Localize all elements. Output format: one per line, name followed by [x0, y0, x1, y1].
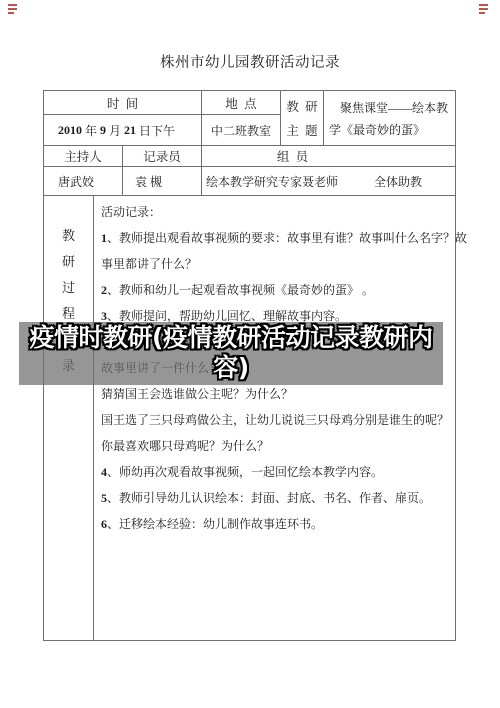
- record-line: 国王选了三只母鸡做公主，让幼儿说说三只母鸡分别是谁生的呢？: [101, 407, 455, 433]
- red-scan-mark-left: [8, 4, 17, 15]
- time-value-cell: 2010 年 9 月 21 日下午: [44, 115, 202, 146]
- document-page: 株州市幼儿园教研活动记录 时 间 2010 年 9 月 21 日下午 地 点 中…: [0, 0, 500, 708]
- time-year-label: 年: [82, 122, 100, 139]
- members-header-cell: 组 员: [202, 146, 455, 167]
- recorder-header-cell: 记录员: [123, 146, 202, 167]
- watermark-title-line1: 疫情时教研(疫情教研活动记录教研内: [19, 323, 443, 353]
- topic-value-line2: 学《最奇妙的蛋》: [329, 119, 455, 141]
- record-line: 6、迁移绘本经验：幼儿制作故事连环书。: [101, 511, 455, 537]
- record-line: 1、教师提出观看故事视频的要求：故事里有谁？故事叫什么名字？故: [101, 225, 455, 251]
- time-day-label: 日下午: [136, 122, 175, 139]
- record-line: 5、教师引导幼儿认识绘本：封面、封底、书名、作者、扉页。: [101, 485, 455, 511]
- topic-label-line2: 主 题: [286, 121, 317, 139]
- record-line: 4、师幼再次观看故事视频，一起回忆绘本教学内容。: [101, 459, 455, 485]
- process-side-label: 教 研 过 程 记 录: [44, 196, 94, 640]
- record-line: 2、教师和幼儿一起观看故事视频《最奇妙的蛋》 。: [101, 277, 455, 303]
- time-header-cell: 时 间: [44, 91, 202, 115]
- side-char: 研: [44, 249, 93, 275]
- record-line: 活动记录：: [101, 199, 455, 225]
- red-scan-mark-right: [479, 4, 488, 15]
- host-value-cell: 唐武姣: [44, 167, 123, 196]
- topic-label-line1: 教 研: [286, 97, 317, 115]
- side-char: 教: [44, 223, 93, 249]
- watermark-title-banner: 疫情时教研(疫情教研活动记录教研内 容): [19, 322, 443, 385]
- record-line: 你最喜欢哪只母鸡呢？为什么？: [101, 433, 455, 459]
- page-title: 株州市幼儿园教研活动记录: [0, 51, 500, 72]
- time-year-number: 2010: [58, 123, 82, 138]
- activity-record-content: 活动记录： 1、教师提出观看故事视频的要求：故事里有谁？故事叫什么名字？故 事里…: [94, 196, 455, 640]
- place-header-cell: 地 点: [202, 91, 281, 115]
- watermark-title-line2: 容): [19, 353, 443, 383]
- recorder-value-cell: 袁 槻: [123, 167, 202, 196]
- members-value-cell: 绘本教学研究专家聂老师 全体助教: [202, 167, 455, 196]
- topic-value-line1: 聚焦课堂——绘本教: [329, 97, 455, 119]
- topic-label-cell: 教 研 主 题: [281, 91, 324, 146]
- time-month-label: 月: [106, 122, 124, 139]
- side-char: 过: [44, 275, 93, 301]
- record-line: 事里都讲了什么？: [101, 251, 455, 277]
- place-value-cell: 中二班教室: [202, 115, 281, 146]
- time-day-number: 21: [124, 123, 136, 138]
- topic-value-cell: 聚焦课堂——绘本教 学《最奇妙的蛋》: [324, 91, 455, 146]
- host-header-cell: 主持人: [44, 146, 123, 167]
